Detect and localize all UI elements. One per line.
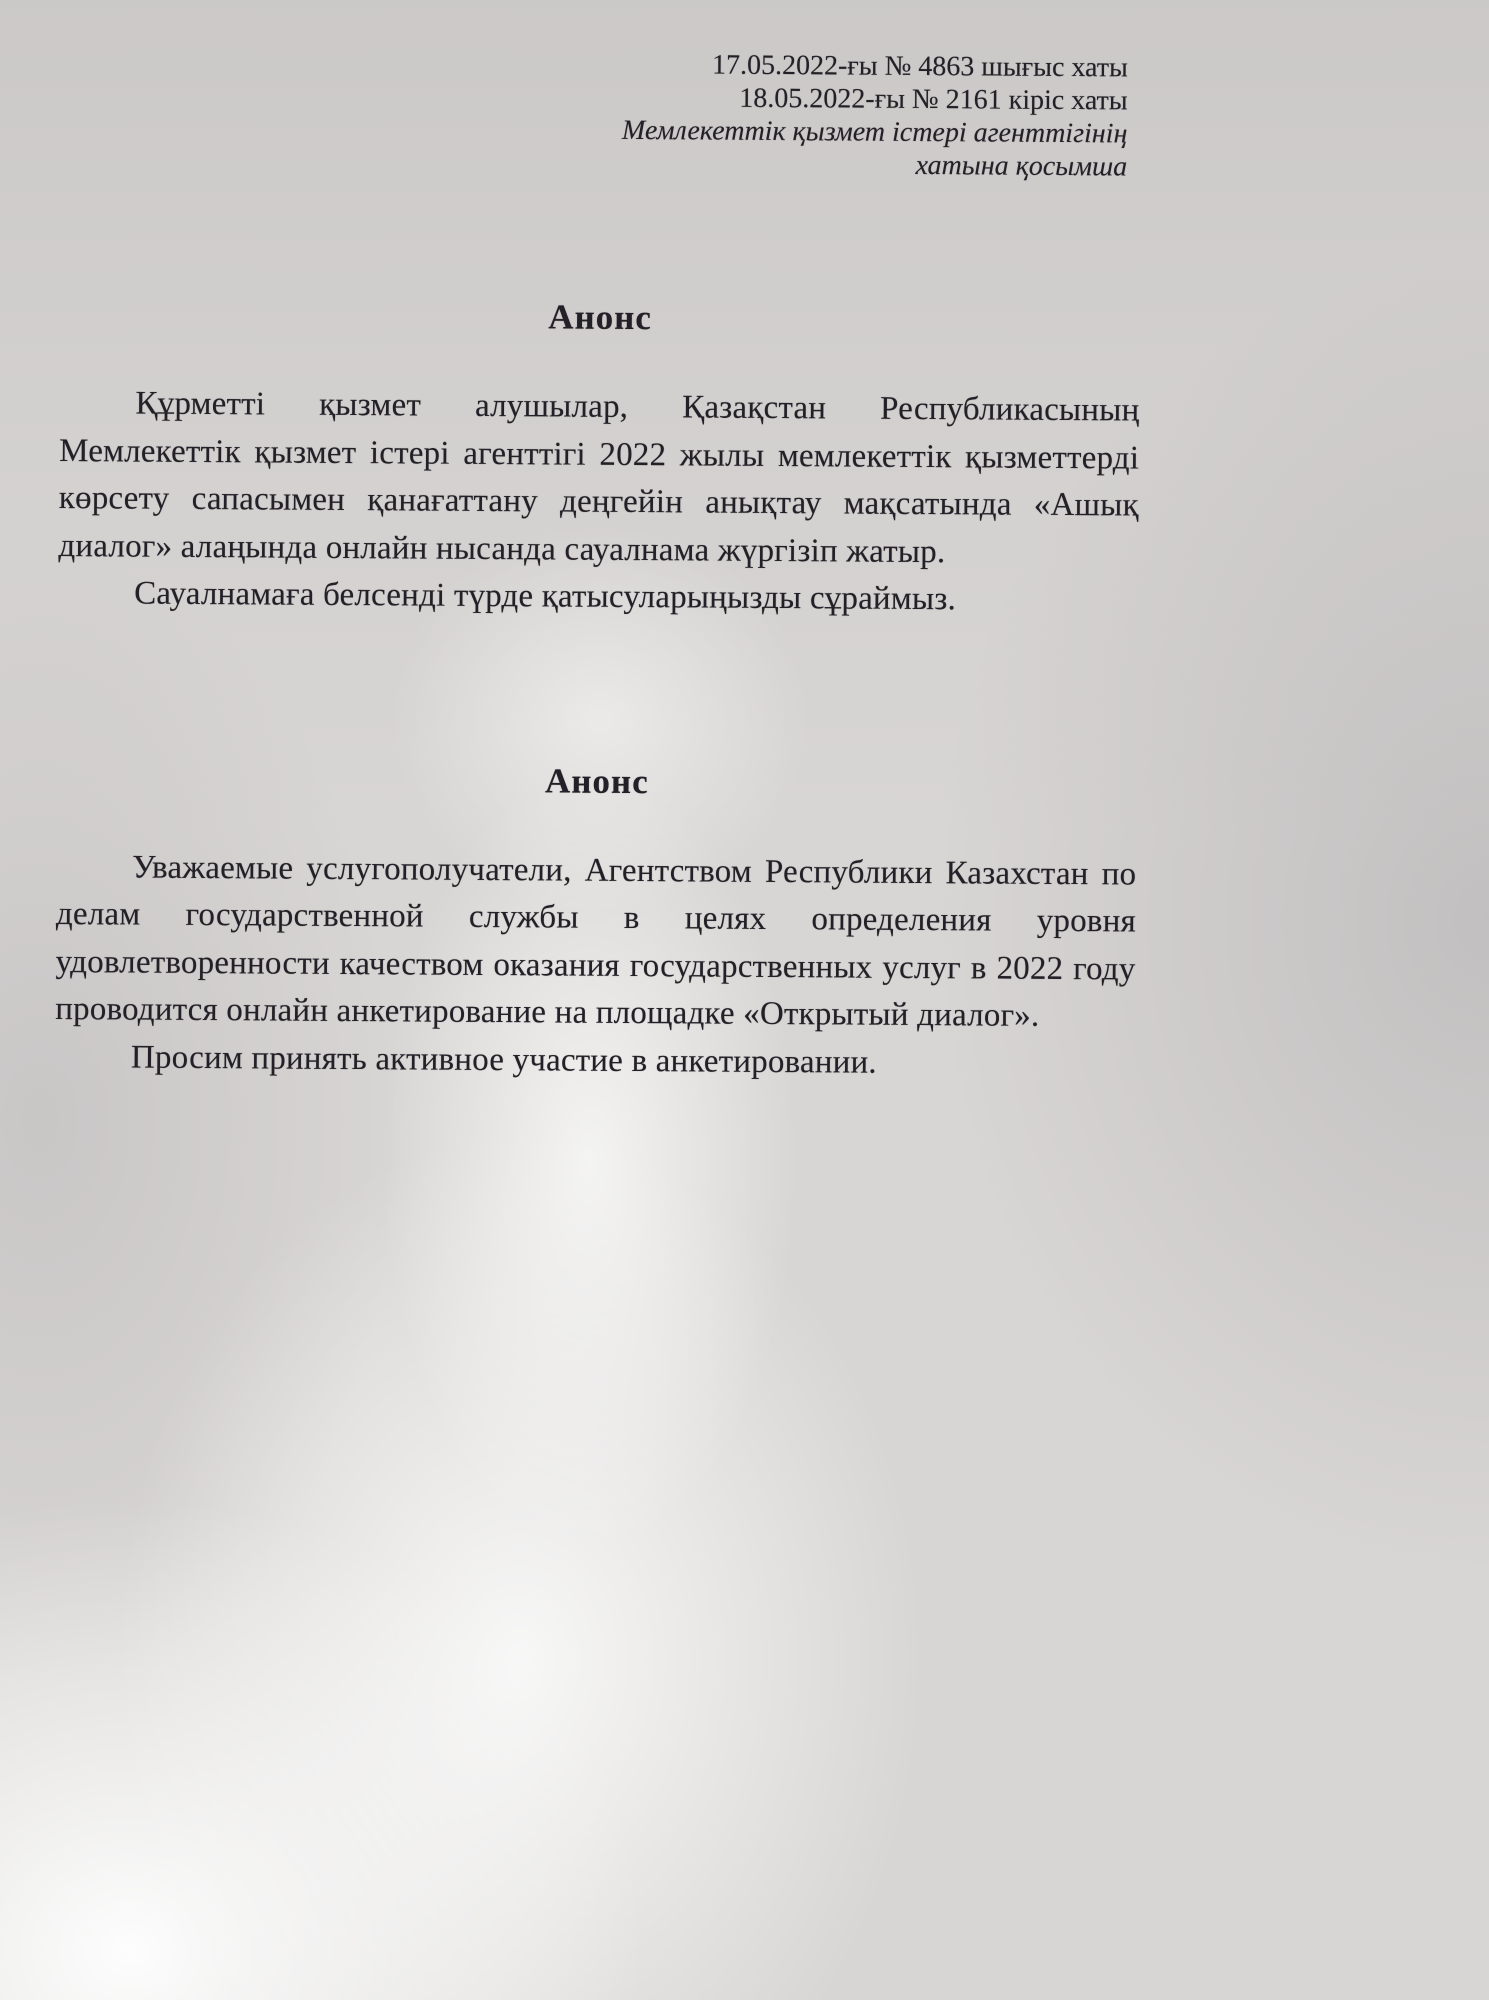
announcement-body-kazakh: Құрметті қызмет алушылар, Қазақстан Респ… xyxy=(58,380,1139,578)
reference-block: 17.05.2022-ғы № 4863 шығыс хаты 18.05.20… xyxy=(61,44,1142,184)
announcement-heading-russian: Анонс xyxy=(57,758,1137,806)
letter-content: 17.05.2022-ғы № 4863 шығыс хаты 18.05.20… xyxy=(55,44,1142,1089)
announcement-heading-kazakh: Анонс xyxy=(60,294,1140,342)
announcement-request-russian: Просим принять активное участие в анкети… xyxy=(55,1034,1135,1089)
scanned-letter-page: 17.05.2022-ғы № 4863 шығыс хаты 18.05.20… xyxy=(0,0,1489,2000)
announcement-body-russian: Уважаемые услугополучатели, Агентством Р… xyxy=(55,844,1136,1042)
attachment-note-line-2: хатына қосымша xyxy=(61,143,1127,183)
announcement-request-kazakh: Сауалнамаға белсенді түрде қатысуларыңыз… xyxy=(58,570,1138,625)
